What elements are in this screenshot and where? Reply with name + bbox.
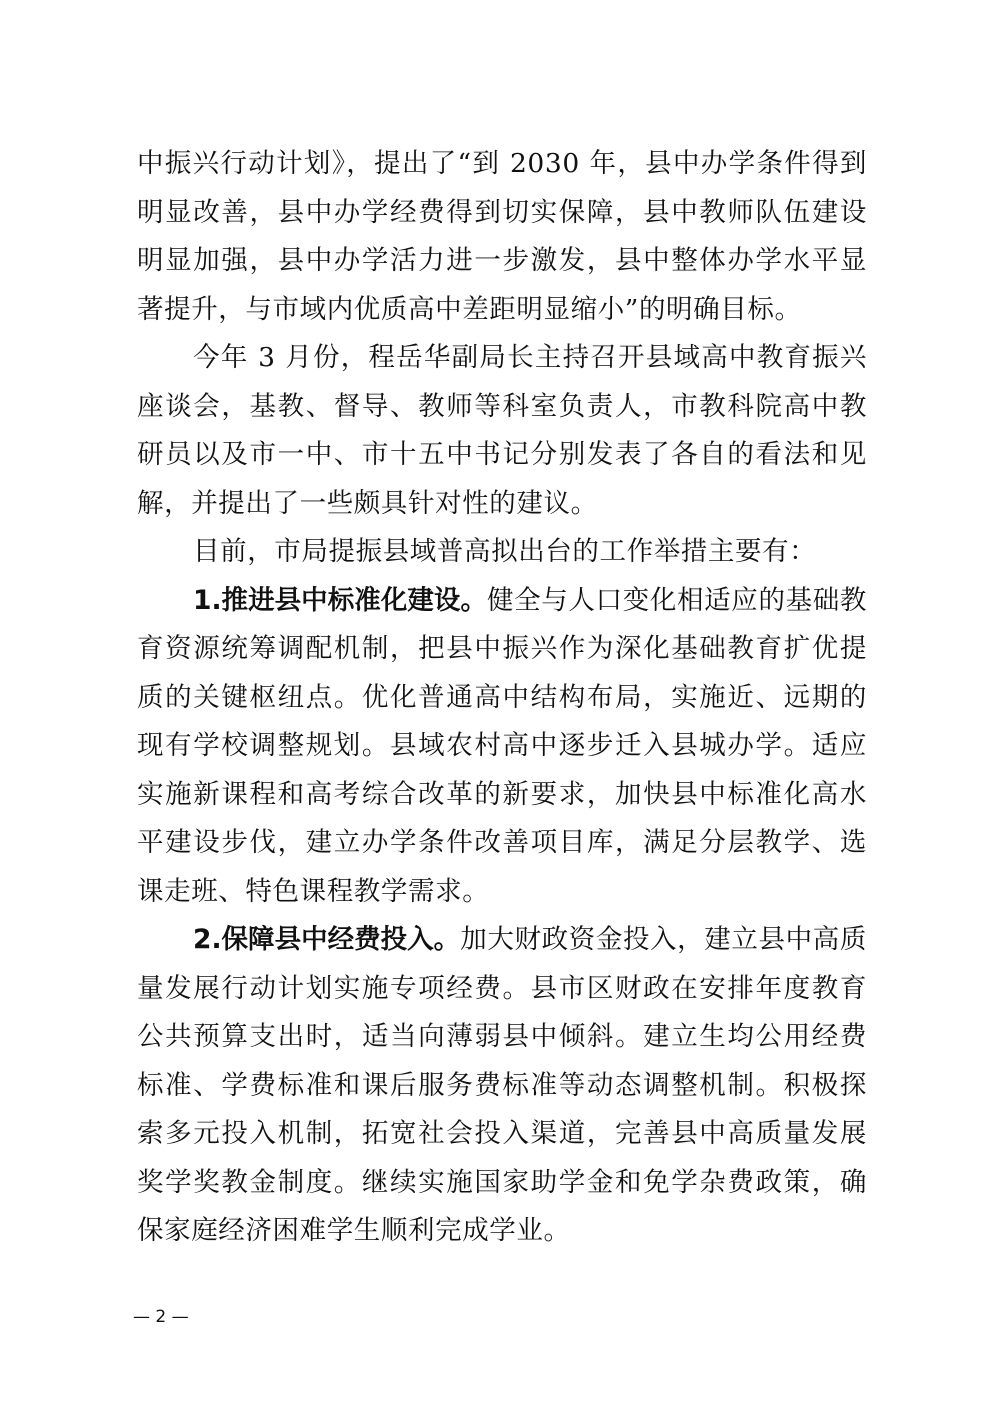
- measure-2-heading: 2.保障县中经费投入。: [193, 924, 460, 955]
- paragraph-symposium: 今年 3 月份，程岳华副局长主持召开县域高中教育振兴座谈会，基教、督导、教师等科…: [137, 334, 867, 528]
- page-number: — 2 —: [133, 1307, 189, 1327]
- document-page: 中振兴行动计划》，提出了“到 2030 年，县中办学条件得到明显改善，县中办学经…: [137, 140, 867, 1256]
- paragraph-measures-intro: 目前，市局提振县域普高拟出台的工作举措主要有：: [137, 528, 867, 577]
- paragraph-measure-2: 2.保障县中经费投入。加大财政资金投入，建立县中高质量发展行动计划实施专项经费。…: [137, 916, 867, 1256]
- measure-2-body: 加大财政资金投入，建立县中高质量发展行动计划实施专项经费。县市区财政在安排年度教…: [137, 924, 867, 1246]
- measure-1-heading: 1.推进县中标准化建设。: [193, 585, 487, 616]
- paragraph-goals: 中振兴行动计划》，提出了“到 2030 年，县中办学条件得到明显改善，县中办学经…: [137, 140, 867, 334]
- paragraph-measure-1: 1.推进县中标准化建设。健全与人口变化相适应的基础教育资源统筹调配机制，把县中振…: [137, 577, 867, 917]
- measure-1-body: 健全与人口变化相适应的基础教育资源统筹调配机制，把县中振兴作为深化基础教育扩优提…: [137, 585, 867, 907]
